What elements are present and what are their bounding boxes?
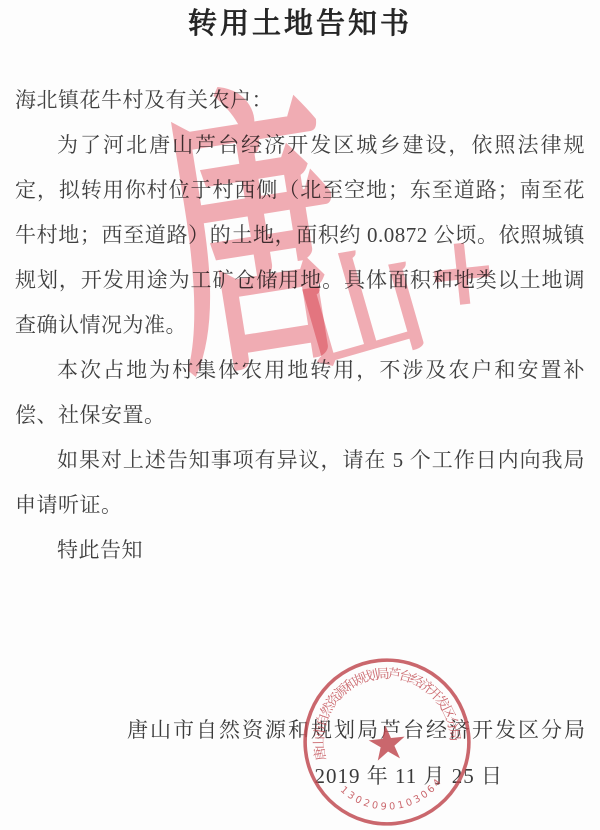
paragraph-land-description: 为了河北唐山芦台经济开发区城乡建设，依照法律规定，拟转用你村位于村西侧（北至空地… [15, 123, 585, 348]
scanned-notice-document: 唐 山 + 转用土地告知书 海北镇花牛村及有关农户： 为了河北唐山芦台经济开发区… [0, 0, 600, 830]
document-body: 海北镇花牛村及有关农户： 为了河北唐山芦台经济开发区城乡建设，依照法律规定，拟转… [15, 78, 585, 573]
paragraph-objection: 如果对上述告知事项有异议，请在 5 个工作日内向我局申请听证。 [15, 438, 585, 528]
seal-ring-text: 唐山市自然资源和规划局芦台经济开发区分局 [304, 658, 464, 762]
issuing-agency: 唐山市自然资源和规划局芦台经济开发区分局 [0, 714, 587, 744]
issue-date: 2019 年 11 月 25 日 [0, 760, 503, 790]
document-title: 转用土地告知书 [0, 1, 600, 42]
salutation-line: 海北镇花牛村及有关农户： [15, 78, 585, 123]
paragraph-closing: 特此告知 [15, 528, 585, 573]
paragraph-compensation: 本次占地为村集体农用地转用，不涉及农户和安置补偿、社保安置。 [15, 348, 585, 438]
